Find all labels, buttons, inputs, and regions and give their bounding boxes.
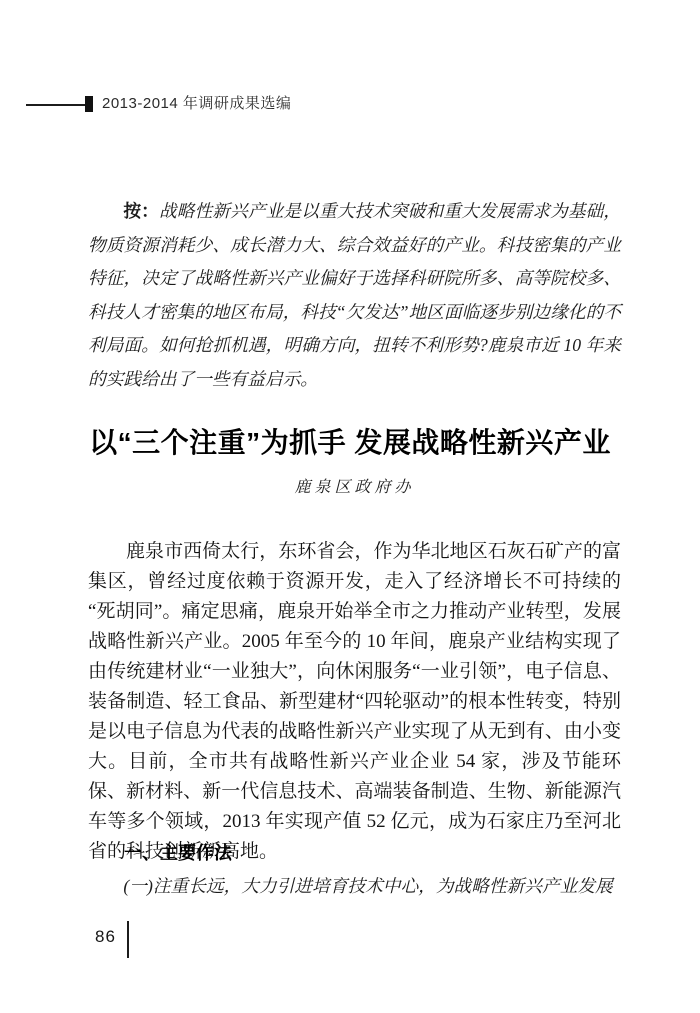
section-heading: 一、主要作法 [88, 840, 621, 867]
header-rule [26, 104, 85, 106]
page-number: 86 [95, 927, 116, 947]
article-author: 鹿泉区政府办 [88, 474, 621, 497]
editor-note-label: 按： [123, 201, 159, 221]
document-page: 2013-2014 年调研成果选编 按：战略性新兴产业是以重大技术突破和重大发展… [0, 0, 700, 1013]
header-marker-icon [85, 96, 93, 112]
subsection-opening: (一)注重长远，大力引进培育技术中心，为战略性新兴产业发展 [88, 871, 621, 901]
footer-rule [127, 921, 129, 958]
editor-note-text: 战略性新兴产业是以重大技术突破和重大发展需求为基础，物质资源消耗少、成长潜力大、… [88, 201, 621, 389]
header-booklet-title: 2013-2014 年调研成果选编 [102, 95, 291, 113]
article-title: 以“三个注重”为抓手 发展战略性新兴产业 [50, 421, 650, 461]
editor-note: 按：战略性新兴产业是以重大技术突破和重大发展需求为基础，物质资源消耗少、成长潜力… [88, 195, 621, 397]
article-paragraph: 鹿泉市西倚太行，东环省会，作为华北地区石灰石矿产的富集区，曾经过度依赖于资源开发… [88, 537, 621, 867]
